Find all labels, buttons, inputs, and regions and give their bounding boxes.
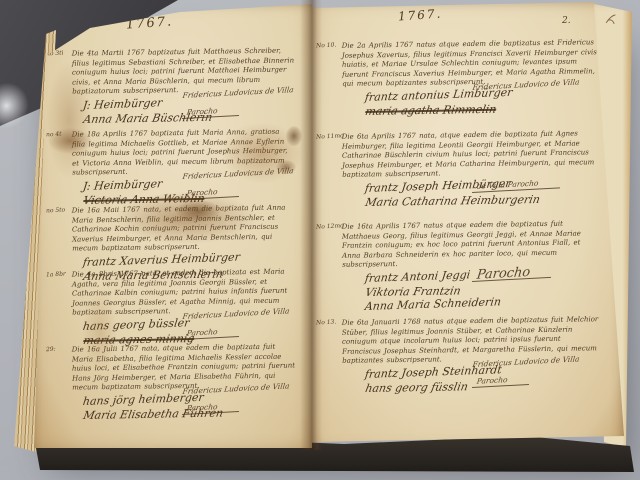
- register-entry: no 4tDie 18a Aprilis 1767 baptizata fuit…: [30, 129, 312, 208]
- signature: Parocho: [182, 185, 240, 199]
- entry-number-label: no 4t: [46, 131, 62, 139]
- left-page: 1767. no 3tiDie 4ta Martii 1767 baptizat…: [30, 0, 312, 452]
- signature: Parocho: [472, 266, 553, 281]
- signature: de Villa Parocho: [472, 177, 561, 193]
- officiant-signature-block: Fridericus Ludovico de VillaParocho: [182, 387, 304, 415]
- register-entry: No 12moDie 16ta Aprilis 1767 natus atque…: [312, 221, 628, 314]
- register-entry: no 3tiDie 4ta Martii 1767 baptizatus fui…: [30, 48, 312, 127]
- signature: Parocho: [182, 104, 240, 118]
- entry-number-label: no 5to: [46, 207, 66, 215]
- officiant-signature-block: de Villa Parocho: [472, 174, 594, 193]
- officiant-signature-block: Fridericus Ludovicus de VillaParocho: [182, 172, 304, 200]
- signature: Parocho: [472, 373, 530, 387]
- register-entry: No 11moDie 6ta Aprilis 1767 nata, atque …: [312, 131, 628, 210]
- book-gutter: [300, 0, 322, 450]
- signature: Parocho: [182, 325, 240, 339]
- register-entry: No 13.Die 6ta Januarii 1768 natus atque …: [312, 317, 628, 396]
- entry-number-label: 29:: [46, 346, 56, 353]
- right-page-entries: No 10.Die 2a Aprilis 1767 natus atque ea…: [312, 0, 628, 452]
- officiant-signature-block: Fridericus Ludovico de VillaParocho: [182, 312, 304, 340]
- officiant-signature-block: Parocho: [472, 264, 594, 283]
- manuscript-photo: 1767. no 3tiDie 4ta Martii 1767 baptizat…: [0, 0, 640, 480]
- left-page-entries: no 3tiDie 4ta Martii 1767 baptizatus fui…: [30, 0, 312, 452]
- right-page: 1767. 2. No 10.Die 2a Aprilis 1767 natus…: [312, 0, 628, 452]
- register-entry: 1a 8brDie 4a 8bris 1767 nata, et eadem d…: [30, 269, 312, 348]
- officiant-signature-block: Fridericus Ludovico de VillaParocho: [472, 360, 594, 388]
- officiant-signature-block: Fridericus Ludovico de Villa: [472, 83, 594, 92]
- register-entry: No 10.Die 2a Aprilis 1767 natus atque ea…: [312, 40, 628, 119]
- officiant-signature-block: Fridericus Ludovicus de VillaParocho: [182, 91, 304, 119]
- signature: Parocho: [182, 400, 240, 414]
- register-entry: 29:Die 16a Julii 1767 nata, atque eadem …: [30, 344, 312, 423]
- entry-number-label: 1a 8br: [46, 270, 66, 278]
- entry-text: Die 16a Maii 1767 nata, et eadem die bap…: [72, 203, 297, 254]
